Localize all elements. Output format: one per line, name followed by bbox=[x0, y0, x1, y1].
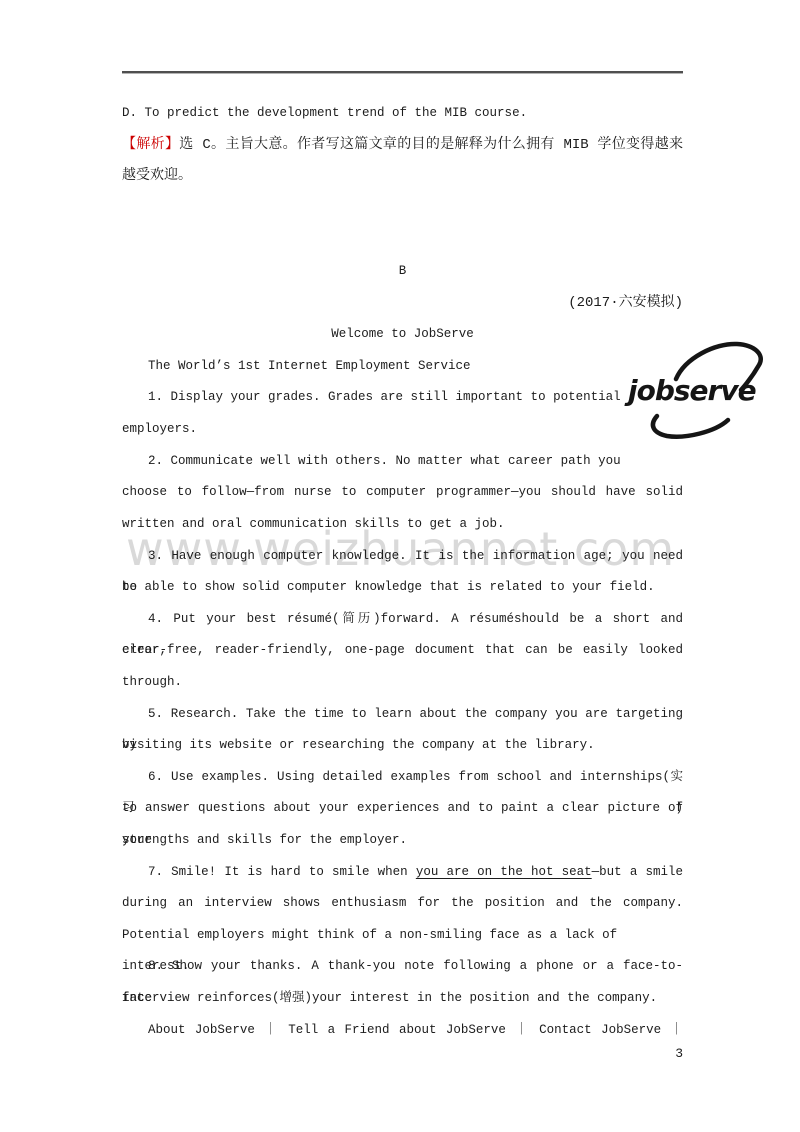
header-rule bbox=[122, 71, 683, 73]
item-4-line-2: error-free, reader-friendly, one-page do… bbox=[122, 635, 683, 667]
analysis-line-1: 【解析】选 C。主旨大意。作者写这篇文章的目的是解释为什么拥有 MIB 学位变得… bbox=[122, 130, 683, 162]
item-6-line-1: 6. Use examples. Using detailed examples… bbox=[122, 762, 683, 794]
item-6-line-3: strengths and skills for the employer. bbox=[122, 825, 683, 857]
text-column: D. To predict the development trend of t… bbox=[122, 98, 683, 1046]
item-7-post: —but a smile bbox=[592, 865, 683, 879]
item-7-line-3: Potential employers might think of a non… bbox=[122, 920, 683, 952]
source-reference: (2017·六安模拟) bbox=[122, 288, 683, 320]
item-4-line-1: 4. Put your best résumé(简历)forward. A ré… bbox=[122, 604, 683, 636]
item-7-pre: 7. Smile! It is hard to smile when bbox=[148, 865, 416, 879]
item-5-line-2: visiting its website or researching the … bbox=[122, 730, 683, 762]
logo-swoosh-bottom-icon bbox=[653, 416, 728, 437]
jobserve-logo: jobserve bbox=[616, 336, 776, 444]
analysis-tag: 【解析】 bbox=[122, 137, 179, 153]
page-number: 3 bbox=[122, 1046, 683, 1062]
blank-line bbox=[122, 224, 683, 256]
item-2-line-2: choose to follow—from nurse to computer … bbox=[122, 477, 683, 509]
item-3-line-2: be able to show solid computer knowledge… bbox=[122, 572, 683, 604]
item-7-underlined-phrase: you are on the hot seat bbox=[416, 865, 592, 879]
document-page: www.weizhuannet.com jobserve D. To predi… bbox=[0, 0, 800, 1132]
footer-links: About JobServe ｜ Tell a Friend about Job… bbox=[122, 1015, 683, 1047]
item-8-line-1: 8. Show your thanks. A thank-you note fo… bbox=[122, 951, 683, 983]
item-2-line-3: written and oral communication skills to… bbox=[122, 509, 683, 541]
item-1-line-2: employers. bbox=[122, 414, 683, 446]
item-6-line-2: to answer questions about your experienc… bbox=[122, 793, 683, 825]
section-label: B bbox=[122, 256, 683, 288]
item-7-line-2: during an interview shows enthusiasm for… bbox=[122, 888, 683, 920]
item-8-line-2: interview reinforces(增强)your interest in… bbox=[122, 983, 683, 1015]
option-d-line: D. To predict the development trend of t… bbox=[122, 98, 683, 130]
item-2-line-1: 2. Communicate well with others. No matt… bbox=[122, 446, 683, 478]
analysis-line-2: 越受欢迎。 bbox=[122, 161, 683, 193]
item-4-line-3: through. bbox=[122, 667, 683, 699]
logo-text: jobserve bbox=[624, 374, 756, 407]
item-5-line-1: 5. Research. Take the time to learn abou… bbox=[122, 699, 683, 731]
analysis-text-1: 选 C。主旨大意。作者写这篇文章的目的是解释为什么拥有 MIB 学位变得越来 bbox=[179, 137, 683, 153]
blank-line bbox=[122, 193, 683, 225]
passage-subtitle: The World’s 1st Internet Employment Serv… bbox=[122, 351, 683, 383]
item-7-line-1: 7. Smile! It is hard to smile when you a… bbox=[122, 857, 683, 889]
item-3-line-1: 3. Have enough computer knowledge. It is… bbox=[122, 541, 683, 573]
item-1-line-1: 1. Display your grades. Grades are still… bbox=[122, 382, 683, 414]
passage-title: Welcome to JobServe bbox=[122, 319, 683, 351]
